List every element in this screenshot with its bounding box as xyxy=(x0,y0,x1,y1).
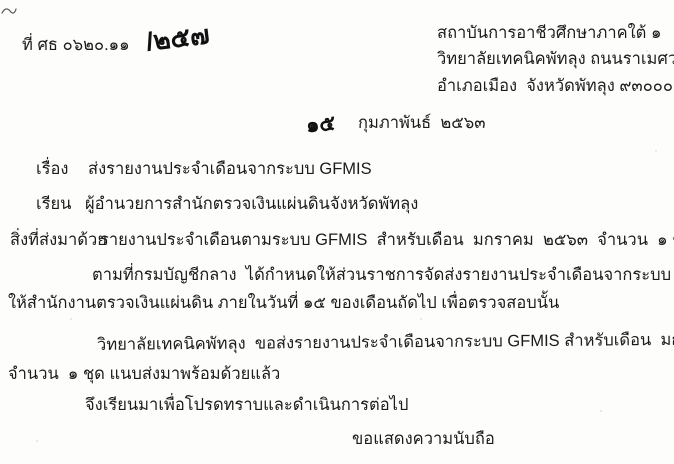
sender-institute-line: สถาบันการอาชีวศึกษาภาคใต้ ๑ xyxy=(437,24,661,44)
enclosure-value: รายงานประจำเดือนตามระบบ GFMIS สำหรับเดือ… xyxy=(100,231,674,251)
body-paragraph1-line1: ตามที่กรมบัญชีกลาง ได้กำหนดให้ส่วนราชการ… xyxy=(92,266,674,286)
body-paragraph1-line2: ให้สำนักงานตรวจเงินแผ่นดิน ภายในวันที่ ๑… xyxy=(8,294,559,314)
sender-college-street-line: วิทยาลัยเทคนิคพัทลุง ถนนราเมศวร์ xyxy=(437,50,674,70)
sender-district-province-line: อำเภอเมือง จังหวัดพัทลุง ๙๓๐๐๐ xyxy=(437,77,673,97)
body-paragraph2-line1: วิทยาลัยเทคนิคพัทลุง ขอส่งรายงานประจำเดื… xyxy=(97,330,674,356)
body-paragraph2-line2: จำนวน ๑ ชุด แนบส่งมาพร้อมด้วยแล้ว xyxy=(8,365,280,385)
scan-speck xyxy=(655,150,657,152)
scan-speck xyxy=(70,318,72,320)
subject-value: ส่งรายงานประจำเดือนจากระบบ GFMIS xyxy=(88,160,372,180)
scan-speck xyxy=(600,410,602,412)
closing-sentence: จึงเรียนมาเพื่อโปรดทราบและดำเนินการต่อไป xyxy=(85,396,408,416)
reference-number-handwritten: /๒๕๗ xyxy=(144,14,212,62)
scanned-letter-page: ที่ ศธ ๐๖๒๐.๑๑ /๒๕๗ สถาบันการอาชีวศึกษาภ… xyxy=(0,0,674,464)
reference-number-line: ที่ ศธ ๐๖๒๐.๑๑ xyxy=(22,36,130,56)
pen-squiggle-icon xyxy=(0,2,18,23)
to-label: เรียน xyxy=(36,195,71,215)
scan-speck xyxy=(380,200,382,202)
scan-speck xyxy=(646,50,648,52)
scan-speck xyxy=(218,172,220,174)
scan-speck xyxy=(36,440,38,442)
enclosure-label: สิ่งที่ส่งมาด้วย xyxy=(10,231,107,251)
signoff-respectfully: ขอแสดงความนับถือ xyxy=(352,430,495,450)
subject-label: เรื่อง xyxy=(36,160,68,180)
date-day-handwritten: ๑๕ xyxy=(305,107,337,142)
date-month-year: กุมภาพันธ์ ๒๕๖๓ xyxy=(358,114,486,134)
to-value: ผู้อำนวยการสำนักตรวจเงินแผ่นดินจังหวัดพั… xyxy=(85,195,418,215)
scan-speck xyxy=(420,318,422,320)
